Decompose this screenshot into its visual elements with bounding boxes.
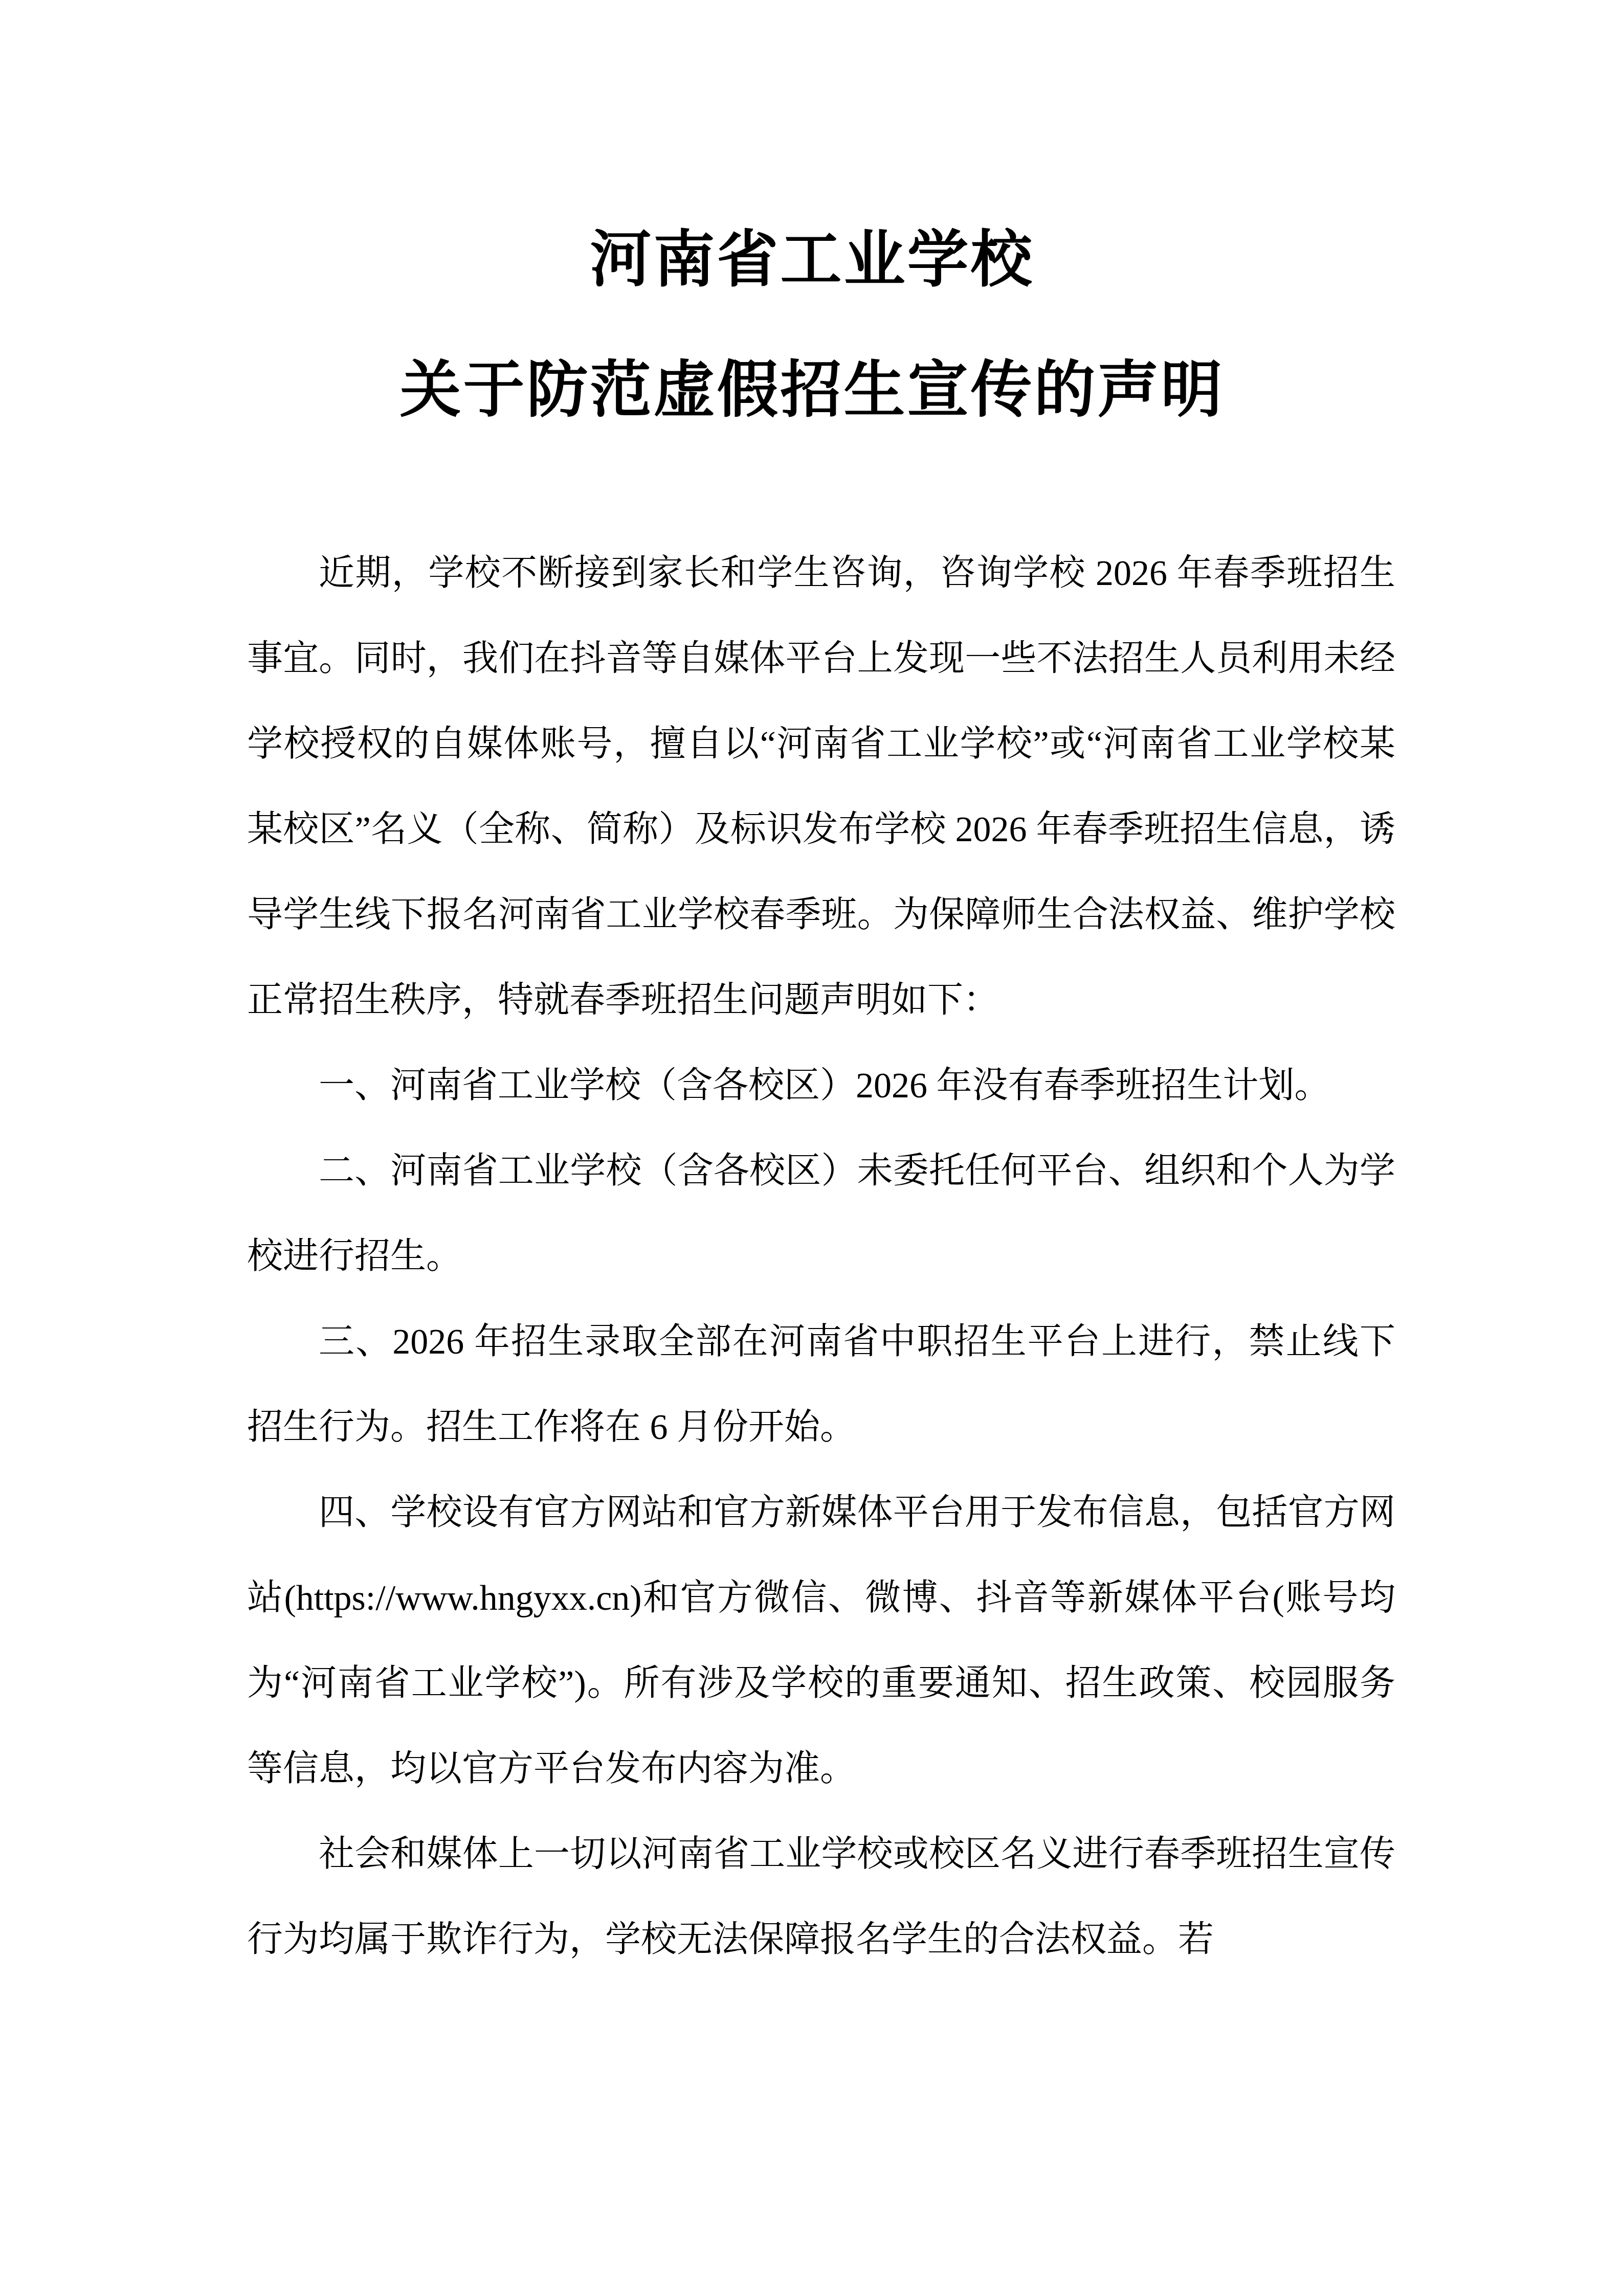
- statement-item-4: 四、学校设有官方网站和官方新媒体平台用于发布信息，包括官方网站(https://…: [247, 1470, 1395, 1812]
- document-page: 河南省工业学校 关于防范虚假招生宣传的声明 近期，学校不断接到家长和学生咨询，咨…: [0, 0, 1624, 2296]
- statement-item-1: 一、河南省工业学校（含各校区）2026 年没有春季班招生计划。: [247, 1043, 1395, 1129]
- document-title: 河南省工业学校 关于防范虚假招生宣传的声明: [0, 0, 1624, 455]
- document-body: 近期，学校不断接到家长和学生咨询，咨询学校 2026 年春季班招生事宜。同时，我…: [247, 531, 1395, 1983]
- statement-item-2: 二、河南省工业学校（含各校区）未委托任何平台、组织和个人为学校进行招生。: [247, 1129, 1395, 1299]
- paragraph-intro: 近期，学校不断接到家长和学生咨询，咨询学校 2026 年春季班招生事宜。同时，我…: [247, 531, 1395, 1043]
- statement-item-3: 三、2026 年招生录取全部在河南省中职招生平台上进行，禁止线下招生行为。招生工…: [247, 1299, 1395, 1470]
- paragraph-warning: 社会和媒体上一切以河南省工业学校或校区名义进行春季班招生宣传行为均属于欺诈行为，…: [247, 1812, 1395, 1983]
- page-title-line-2: 关于防范虚假招生宣传的声明: [0, 325, 1624, 455]
- page-title-line-1: 河南省工业学校: [0, 194, 1624, 325]
